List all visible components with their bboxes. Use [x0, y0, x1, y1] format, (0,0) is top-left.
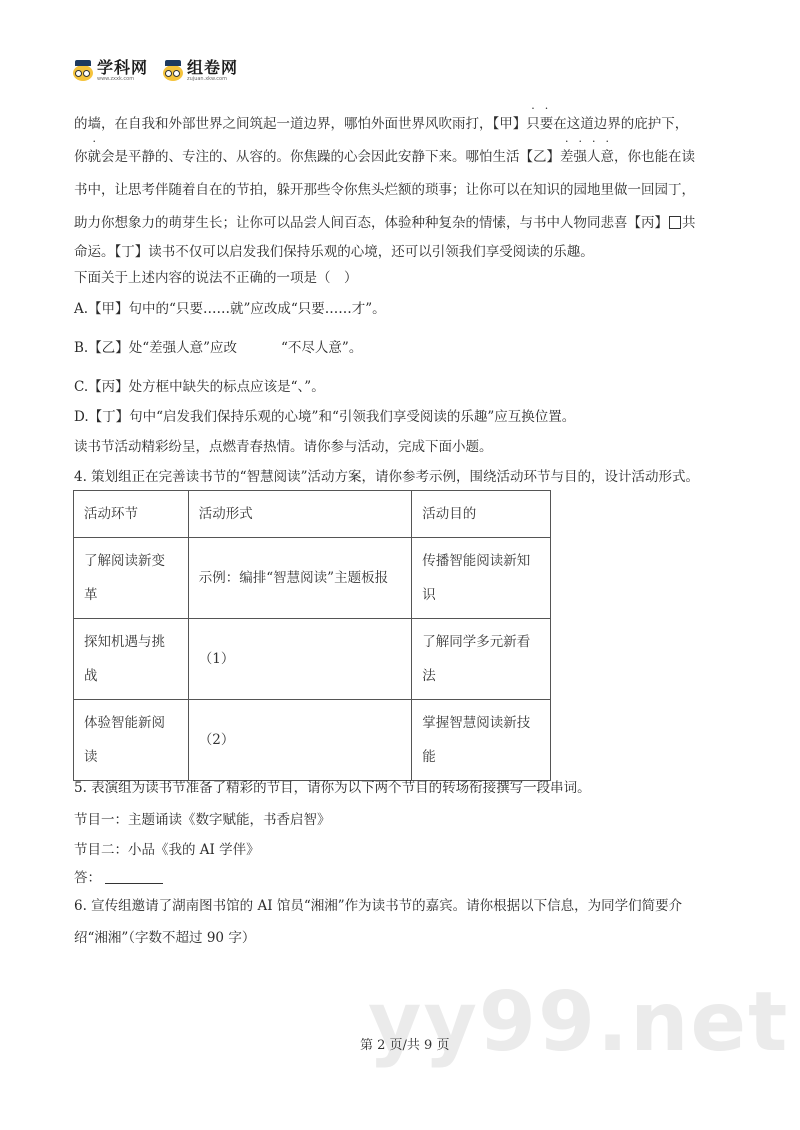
logo-title: 组卷网: [187, 60, 238, 76]
blank-box: [669, 216, 681, 229]
table-cell: 体验智能新阅读: [74, 700, 189, 781]
option-text: 【丙】处方框中缺失的标点应该是“、”。: [88, 379, 325, 395]
emphasis-text: 只要: [526, 116, 553, 132]
page-number: 第 2 页/共 9 页: [360, 1034, 449, 1053]
passage-text: ，你也能在读: [614, 149, 695, 165]
table-header: 活动环节: [74, 491, 189, 538]
answer-line: 答：: [74, 866, 163, 886]
intro-text: 读书节活动精彩纷呈，点燃青春热情。请你参与活动，完成下面小题。: [74, 435, 493, 455]
table-header-row: 活动环节 活动形式 活动目的: [74, 491, 551, 538]
passage-line: 助力你想象力的萌芽生长；让你可以品尝人间百态，体验种种复杂的情愫，与书中人物同悲…: [74, 211, 696, 231]
passage-line: 的墙，在自我和外部世界之间筑起一道边界，哪怕外面世界风吹雨打，【甲】只要在这道边…: [74, 112, 688, 132]
question-prompt: 下面关于上述内容的说法不正确的一项是（ ）: [74, 266, 358, 286]
passage-text: 助力你想象力的萌芽生长；让你可以品尝人间百态，体验种种复杂的情愫，与书中人物同悲…: [74, 215, 668, 231]
table-cell: 探知机遇与挑战: [74, 619, 189, 700]
option-label: A.: [74, 301, 88, 317]
option-label: C.: [74, 379, 88, 395]
table-row: 了解阅读新变革 示例：编排“智慧阅读”主题板报 传播智能阅读新知识: [74, 538, 551, 619]
table-cell: 传播智能阅读新知识: [412, 538, 551, 619]
answer-label: 答：: [74, 870, 101, 886]
table-cell: 了解同学多元新看法: [412, 619, 551, 700]
table-row: 探知机遇与挑战 （1） 了解同学多元新看法: [74, 619, 551, 700]
question6-line1: 6. 宣传组邀请了湖南图书馆的 AI 馆员“湘湘”作为读书节的嘉宾。请你根据以下…: [74, 894, 682, 914]
passage-text: 你: [74, 149, 88, 165]
option-c[interactable]: C.【丙】处方框中缺失的标点应该是“、”。: [74, 375, 325, 395]
option-label: D.: [74, 409, 89, 425]
answer-cell-2[interactable]: （2）: [188, 700, 412, 781]
emphasis-text: 差强人意: [560, 149, 614, 165]
emphasis-text: 就: [88, 145, 102, 165]
passage-text: 的墙，在自我和外部世界之间筑起一道边界，哪怕外面世界风吹雨打，【甲】: [74, 116, 526, 132]
passage-text: 会是平静的、专注的、从容的。你焦躁的心会因此安静下来。哪怕生活【乙】: [101, 149, 560, 165]
option-d[interactable]: D.【丁】句中“启发我们保持乐观的心境”和“引领我们享受阅读的乐趣”应互换位置。: [74, 405, 575, 425]
header-logos: 学科网 www.zxxk.com 组卷网 zujuan.xkw.com: [72, 60, 238, 82]
passage-line: 书中，让思考伴随着自在的节拍，躲开那些令你焦头烂额的琐事；让你可以在知识的园地里…: [74, 178, 695, 198]
option-b[interactable]: B.【乙】处“差强人意”应改“不尽人意”。: [74, 336, 362, 356]
passage-text: 在这道边界的庇护下，: [553, 116, 688, 132]
table-header: 活动形式: [188, 491, 412, 538]
table-cell: 掌握智慧阅读新技能: [412, 700, 551, 781]
logo-zxxk[interactable]: 学科网 www.zxxk.com: [72, 60, 148, 82]
table-cell: 了解阅读新变革: [74, 538, 189, 619]
option-label: B.: [74, 340, 88, 356]
question4-prompt: 4. 策划组正在完善读书节的“智慧阅读”活动方案，请你参考示例，围绕活动环节与目…: [74, 465, 699, 485]
logo-subtitle: zujuan.xkw.com: [187, 77, 238, 82]
logo-title: 学科网: [97, 60, 148, 76]
option-text: 【乙】处“差强人意”应改: [88, 340, 237, 356]
question6-line2: 绍“湘湘”（字数不超过 90 字）: [74, 926, 255, 946]
table-cell: 示例：编排“智慧阅读”主题板报: [188, 538, 412, 619]
mascot-icon: [162, 60, 184, 82]
watermark: yy99.net: [368, 975, 789, 1070]
question5-prompt: 5. 表演组为读书节准备了精彩的节目，请你为以下两个节目的转场衔接撰写一段串词。: [74, 776, 591, 796]
option-text: 【甲】句中的“只要……就”应改成“只要……才”。: [88, 301, 386, 317]
passage-line: 命运。【丁】读书不仅可以启发我们保持乐观的心境，还可以引领我们享受阅读的乐趣。: [74, 240, 594, 260]
option-a[interactable]: A.【甲】句中的“只要……就”应改成“只要……才”。: [74, 297, 386, 317]
mascot-icon: [72, 60, 94, 82]
program-2: 节目二：小品《我的 AI 学伴》: [74, 838, 260, 858]
option-text: “不尽人意”。: [281, 340, 362, 356]
program-1: 节目一：主题诵读《数字赋能，书香启智》: [74, 808, 331, 828]
passage-text: 共: [682, 215, 696, 231]
answer-cell-1[interactable]: （1）: [188, 619, 412, 700]
logo-subtitle: www.zxxk.com: [97, 77, 148, 82]
answer-blank[interactable]: [105, 872, 163, 884]
logo-zujuan[interactable]: 组卷网 zujuan.xkw.com: [162, 60, 238, 82]
passage-line: 你就会是平静的、专注的、从容的。你焦躁的心会因此安静下来。哪怕生活【乙】差强人意…: [74, 145, 695, 165]
table-header: 活动目的: [412, 491, 551, 538]
option-text: 【丁】句中“启发我们保持乐观的心境”和“引领我们享受阅读的乐趣”应互换位置。: [89, 409, 576, 425]
activity-table: 活动环节 活动形式 活动目的 了解阅读新变革 示例：编排“智慧阅读”主题板报 传…: [73, 490, 551, 781]
table-row: 体验智能新阅读 （2） 掌握智慧阅读新技能: [74, 700, 551, 781]
